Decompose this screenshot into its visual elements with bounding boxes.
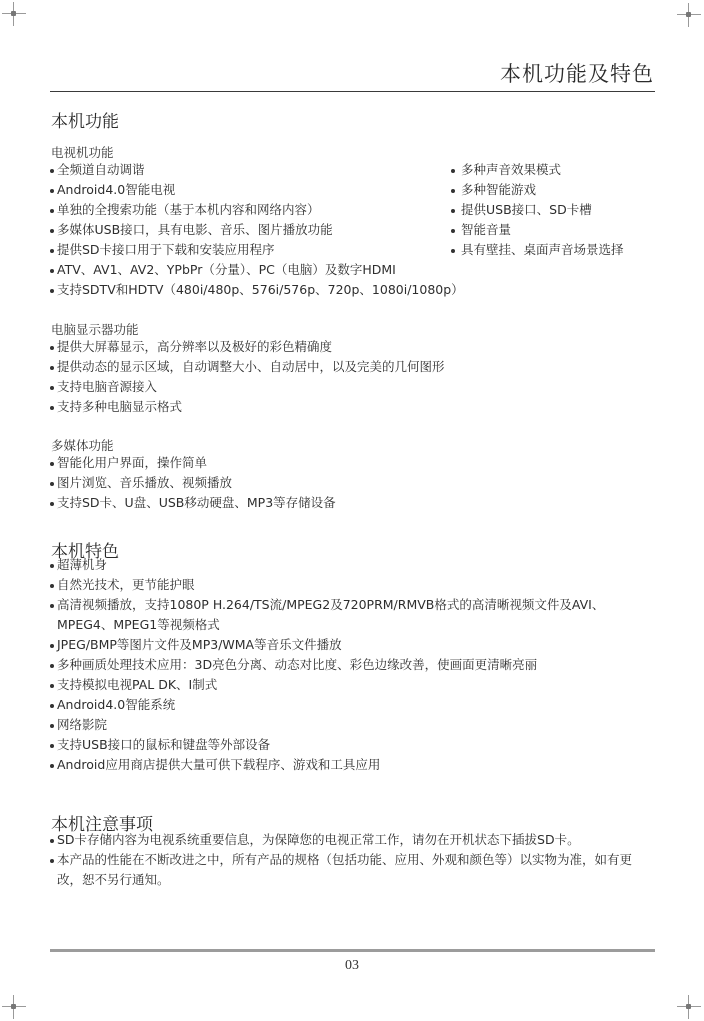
list-item: 高清视频播放，支持1080P H.264/TS流/MPEG2及720PRM/RM… xyxy=(49,595,652,635)
list-item: 支持USB接口的鼠标和键盘等外部设备 xyxy=(49,735,652,755)
list-item: JPEG/BMP等图片文件及MP3/WMA等音乐文件播放 xyxy=(49,635,652,655)
list-item: 网络影院 xyxy=(49,715,652,735)
list-item: 全频道自动调谐 xyxy=(49,160,464,180)
list-item: Android4.0智能电视 xyxy=(49,180,464,200)
list-item: 智能化用户界面，操作简单 xyxy=(49,453,336,473)
notes-list: SD卡存储内容为电视系统重要信息，为保障您的电视正常工作，请勿在开机状态下插拔S… xyxy=(49,830,652,890)
list-item: 提供USB接口、SD卡槽 xyxy=(451,200,624,220)
subsection-title-tv: 电视机功能 xyxy=(51,143,114,161)
list-item: 支持模拟电视PAL DK、I制式 xyxy=(49,675,652,695)
list-item: 多媒体USB接口，具有电影、音乐、图片播放功能 xyxy=(49,220,464,240)
list-item: 支持电脑音源接入 xyxy=(49,377,445,397)
list-item: 具有壁挂、桌面声音场景选择 xyxy=(451,240,624,260)
list-item: SD卡存储内容为电视系统重要信息，为保障您的电视正常工作，请勿在开机状态下插拔S… xyxy=(49,830,652,850)
pc-feature-list: 提供大屏幕显示，高分辨率以及极好的彩色精确度 提供动态的显示区域，自动调整大小、… xyxy=(49,337,445,417)
registration-mark-top-right-icon xyxy=(677,3,701,27)
page-title: 本机功能及特色 xyxy=(500,58,654,88)
list-item: 多种画质处理技术应用：3D亮色分离、动态对比度、彩色边缘改善，使画面更清晰亮丽 xyxy=(49,655,652,675)
list-item: 智能音量 xyxy=(451,220,624,240)
tv-feature-list-left: 全频道自动调谐 Android4.0智能电视 单独的全搜索功能（基于本机内容和网… xyxy=(49,160,464,300)
subsection-title-pc: 电脑显示器功能 xyxy=(51,320,139,338)
subsection-title-multimedia: 多媒体功能 xyxy=(51,436,114,454)
footer-divider xyxy=(50,949,655,952)
list-item: 超薄机身 xyxy=(49,555,652,575)
multimedia-feature-list: 智能化用户界面，操作简单 图片浏览、音乐播放、视频播放 支持SD卡、U盘、USB… xyxy=(49,453,336,513)
page-number: 03 xyxy=(0,958,704,974)
registration-mark-bottom-right-icon xyxy=(677,995,701,1019)
list-item: 多种智能游戏 xyxy=(451,180,624,200)
tv-feature-list-right: 多种声音效果模式 多种智能游戏 提供USB接口、SD卡槽 智能音量 具有壁挂、桌… xyxy=(451,160,624,260)
list-item: 多种声音效果模式 xyxy=(451,160,624,180)
header-divider xyxy=(50,91,655,92)
list-item: 单独的全搜索功能（基于本机内容和网络内容） xyxy=(49,200,464,220)
features-list: 超薄机身 自然光技术，更节能护眼 高清视频播放，支持1080P H.264/TS… xyxy=(49,555,652,775)
list-item: 提供SD卡接口用于下载和安装应用程序 xyxy=(49,240,464,260)
list-item: 本产品的性能在不断改进之中，所有产品的规格（包括功能、应用、外观和颜色等）以实物… xyxy=(49,850,652,890)
list-item: Android应用商店提供大量可供下载程序、游戏和工具应用 xyxy=(49,755,652,775)
registration-mark-top-left-icon xyxy=(2,2,26,26)
list-item: 提供动态的显示区域，自动调整大小、自动居中，以及完美的几何图形 xyxy=(49,357,445,377)
list-item: 提供大屏幕显示，高分辨率以及极好的彩色精确度 xyxy=(49,337,445,357)
registration-mark-bottom-left-icon xyxy=(2,995,26,1019)
list-item: 支持多种电脑显示格式 xyxy=(49,397,445,417)
list-item: 支持SDTV和HDTV（480i/480p、576i/576p、720p、108… xyxy=(49,280,464,300)
section-title-functions: 本机功能 xyxy=(51,107,119,132)
list-item: 图片浏览、音乐播放、视频播放 xyxy=(49,473,336,493)
list-item: 支持SD卡、U盘、USB移动硬盘、MP3等存储设备 xyxy=(49,493,336,513)
list-item: ATV、AV1、AV2、YPbPr（分量）、PC（电脑）及数字HDMI xyxy=(49,260,464,280)
list-item: 自然光技术，更节能护眼 xyxy=(49,575,652,595)
list-item: Android4.0智能系统 xyxy=(49,695,652,715)
